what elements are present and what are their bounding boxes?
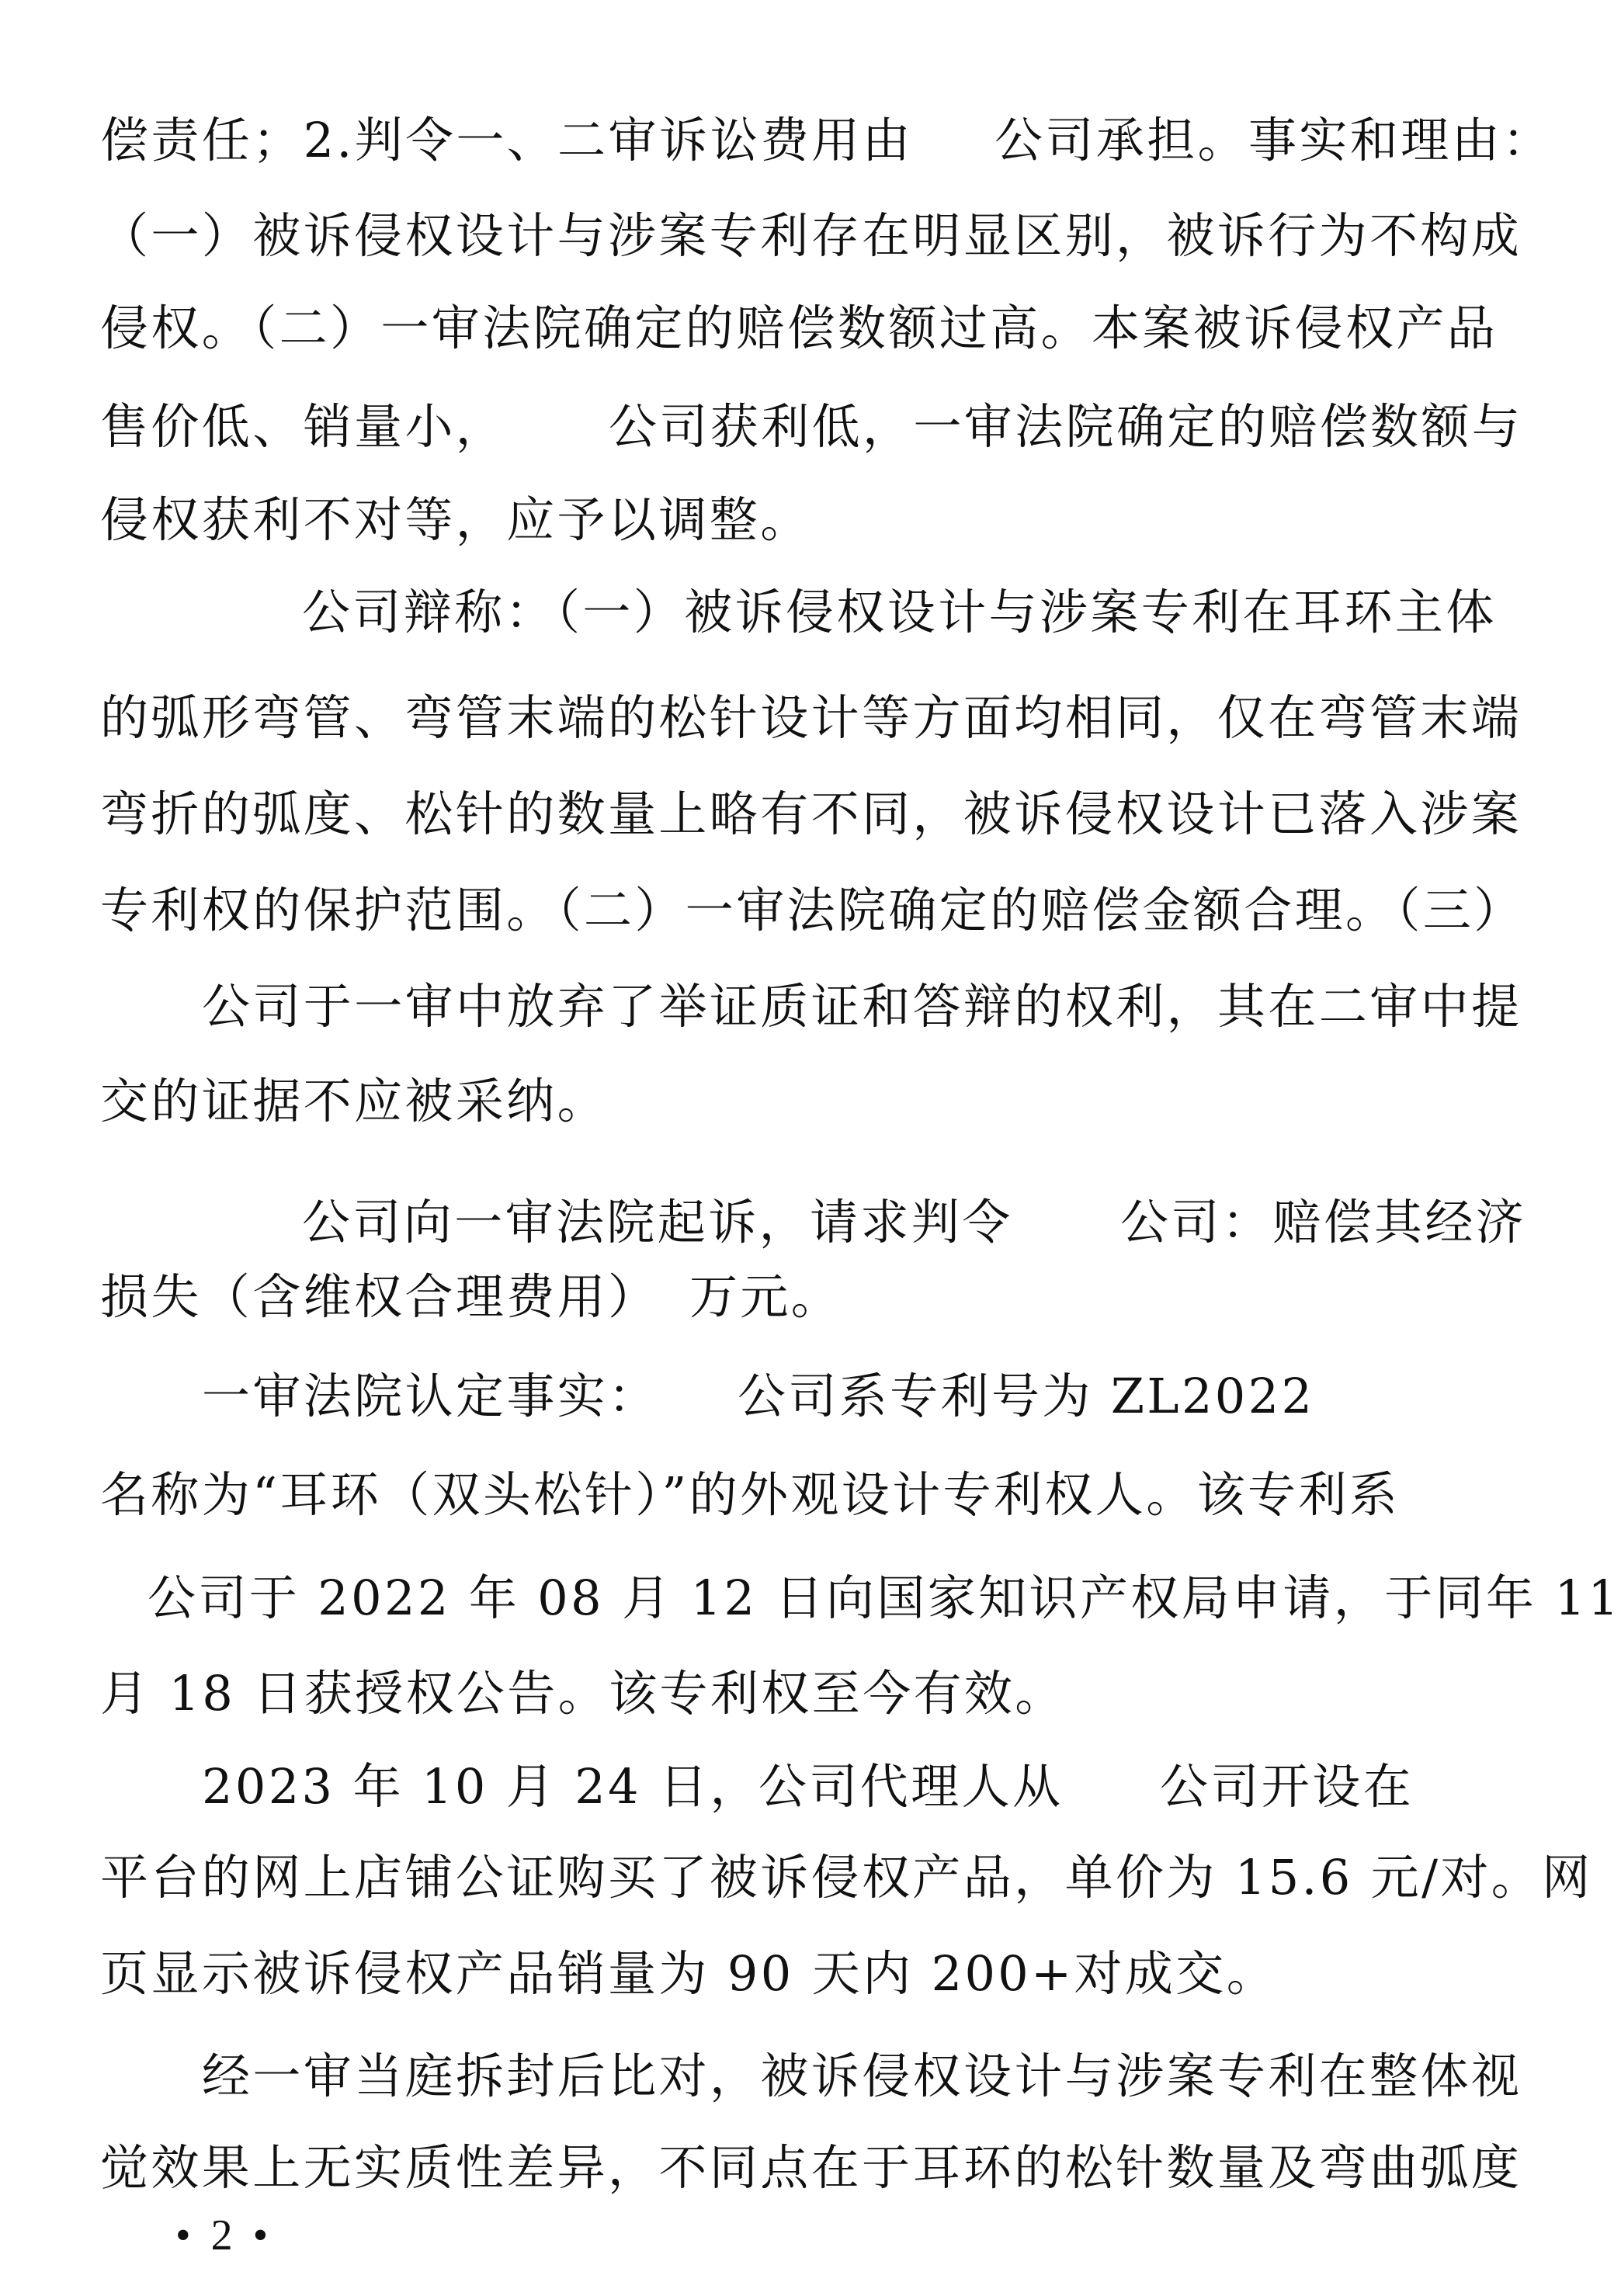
- text-line-7: 的弧形弯管、弯管末端的松针设计等方面均相同，仅在弯管末端: [0, 683, 1621, 753]
- text-segment: 公司向一审法院起诉，请求判令: [302, 1188, 1013, 1257]
- text-segment: 弯折的弧度、松针的数量上略有不同，被诉侵权设计已落入涉案: [100, 779, 1522, 849]
- text-line-21: 经一审当庭拆封后比对，被诉侵权设计与涉案专利在整体视: [0, 2041, 1621, 2111]
- text-line-17: 月 18 日获授权公告。该专利权至今有效。: [0, 1659, 1621, 1729]
- document-page: 偿责任；2.判令一、二审诉讼费用由 公司承担。事实和理由： （一）被诉侵权设计与…: [0, 0, 1621, 2296]
- text-line-2: （一）被诉侵权设计与涉案专利存在明显区别，被诉行为不构成: [0, 201, 1621, 271]
- text-line-14: 一审法院认定事实： 公司系专利号为 ZL2022: [0, 1361, 1621, 1431]
- text-segment: 偿责任；2.判令一、二审诉讼费用由: [100, 106, 913, 175]
- text-segment: 公司承担。事实和理由：: [994, 106, 1553, 175]
- text-segment: 公司于 2022 年 08 月 12 日向国家知识产权局申请，于同年 11: [148, 1563, 1621, 1633]
- text-segment: 售价低、销量小，: [100, 392, 506, 462]
- text-segment: 公司开设在: [1160, 1752, 1414, 1822]
- text-line-11: 交的证据不应被采纳。: [0, 1066, 1621, 1136]
- text-line-22: 觉效果上无实质性差异，不同点在于耳环的松针数量及弯曲弧度: [0, 2133, 1621, 2203]
- text-line-5: 侵权获利不对等，应予以调整。: [0, 485, 1621, 555]
- text-segment: （一）被诉侵权设计与涉案专利存在明显区别，被诉行为不构成: [100, 201, 1522, 271]
- text-segment: 觉效果上无实质性差异，不同点在于耳环的松针数量及弯曲弧度: [100, 2133, 1522, 2203]
- text-segment: 公司获利低，一审法院确定的赔偿数额与: [609, 392, 1522, 462]
- text-segment: 损失（含维权合理费用）: [100, 1262, 658, 1332]
- text-segment: 平台的网上店铺公证购买了被诉侵权产品，单价为 15.6 元/对。网: [100, 1843, 1593, 1913]
- text-line-4: 售价低、销量小， 公司获利低，一审法院确定的赔偿数额与: [0, 392, 1621, 462]
- text-line-1: 偿责任；2.判令一、二审诉讼费用由 公司承担。事实和理由：: [0, 106, 1621, 175]
- text-segment: 一审法院认定事实：: [202, 1361, 659, 1431]
- text-segment: 名称为“耳环（双头松针）”的外观设计专利权人。该专利系: [100, 1460, 1400, 1530]
- text-line-3: 侵权。（二）一审法院确定的赔偿数额过高。本案被诉侵权产品: [0, 293, 1621, 363]
- text-segment: 交的证据不应被采纳。: [100, 1066, 608, 1136]
- text-segment: 专利权的保护范围。（二）一审法院确定的赔偿金额合理。（三）: [100, 876, 1525, 945]
- text-segment: 万元。: [689, 1262, 842, 1332]
- text-line-6: 公司辩称：（一）被诉侵权设计与涉案专利在耳环主体: [0, 577, 1621, 647]
- text-segment: 公司代理人从: [758, 1752, 1063, 1822]
- page-number: • 2 •: [175, 2211, 272, 2260]
- text-line-10: 公司于一审中放弃了举证质证和答辩的权利，其在二审中提: [0, 972, 1621, 1042]
- text-segment: 公司系专利号为 ZL2022: [738, 1361, 1314, 1431]
- text-segment: 侵权。（二）一审法院确定的赔偿数额过高。本案被诉侵权产品: [100, 293, 1498, 363]
- text-segment: 2023 年 10 月 24 日，: [202, 1752, 761, 1822]
- text-segment: 公司辩称：（一）被诉侵权设计与涉案专利在耳环主体: [302, 577, 1497, 647]
- text-line-18: 2023 年 10 月 24 日， 公司代理人从 公司开设在: [0, 1752, 1621, 1822]
- text-line-20: 页显示被诉侵权产品销量为 90 天内 200+对成交。: [0, 1939, 1621, 2009]
- text-segment: 公司于一审中放弃了举证质证和答辩的权利，其在二审中提: [202, 972, 1522, 1042]
- text-segment: 公司：赔偿其经济: [1120, 1188, 1526, 1257]
- text-line-13: 损失（含维权合理费用） 万元。: [0, 1262, 1621, 1332]
- text-line-15: 名称为“耳环（双头松针）”的外观设计专利权人。该专利系: [0, 1460, 1621, 1530]
- text-line-9: 专利权的保护范围。（二）一审法院确定的赔偿金额合理。（三）: [0, 876, 1621, 945]
- text-line-8: 弯折的弧度、松针的数量上略有不同，被诉侵权设计已落入涉案: [0, 779, 1621, 849]
- text-segment: 经一审当庭拆封后比对，被诉侵权设计与涉案专利在整体视: [202, 2041, 1522, 2111]
- text-segment: 侵权获利不对等，应予以调整。: [100, 485, 811, 555]
- text-segment: 页显示被诉侵权产品销量为 90 天内 200+对成交。: [100, 1939, 1277, 2009]
- text-line-19: 平台的网上店铺公证购买了被诉侵权产品，单价为 15.6 元/对。网: [0, 1843, 1621, 1913]
- text-line-12: 公司向一审法院起诉，请求判令 公司：赔偿其经济: [0, 1188, 1621, 1257]
- text-line-16: 公司于 2022 年 08 月 12 日向国家知识产权局申请，于同年 11: [0, 1563, 1621, 1633]
- text-segment: 的弧形弯管、弯管末端的松针设计等方面均相同，仅在弯管末端: [100, 683, 1522, 753]
- text-segment: 月 18 日获授权公告。该专利权至今有效。: [100, 1659, 1066, 1729]
